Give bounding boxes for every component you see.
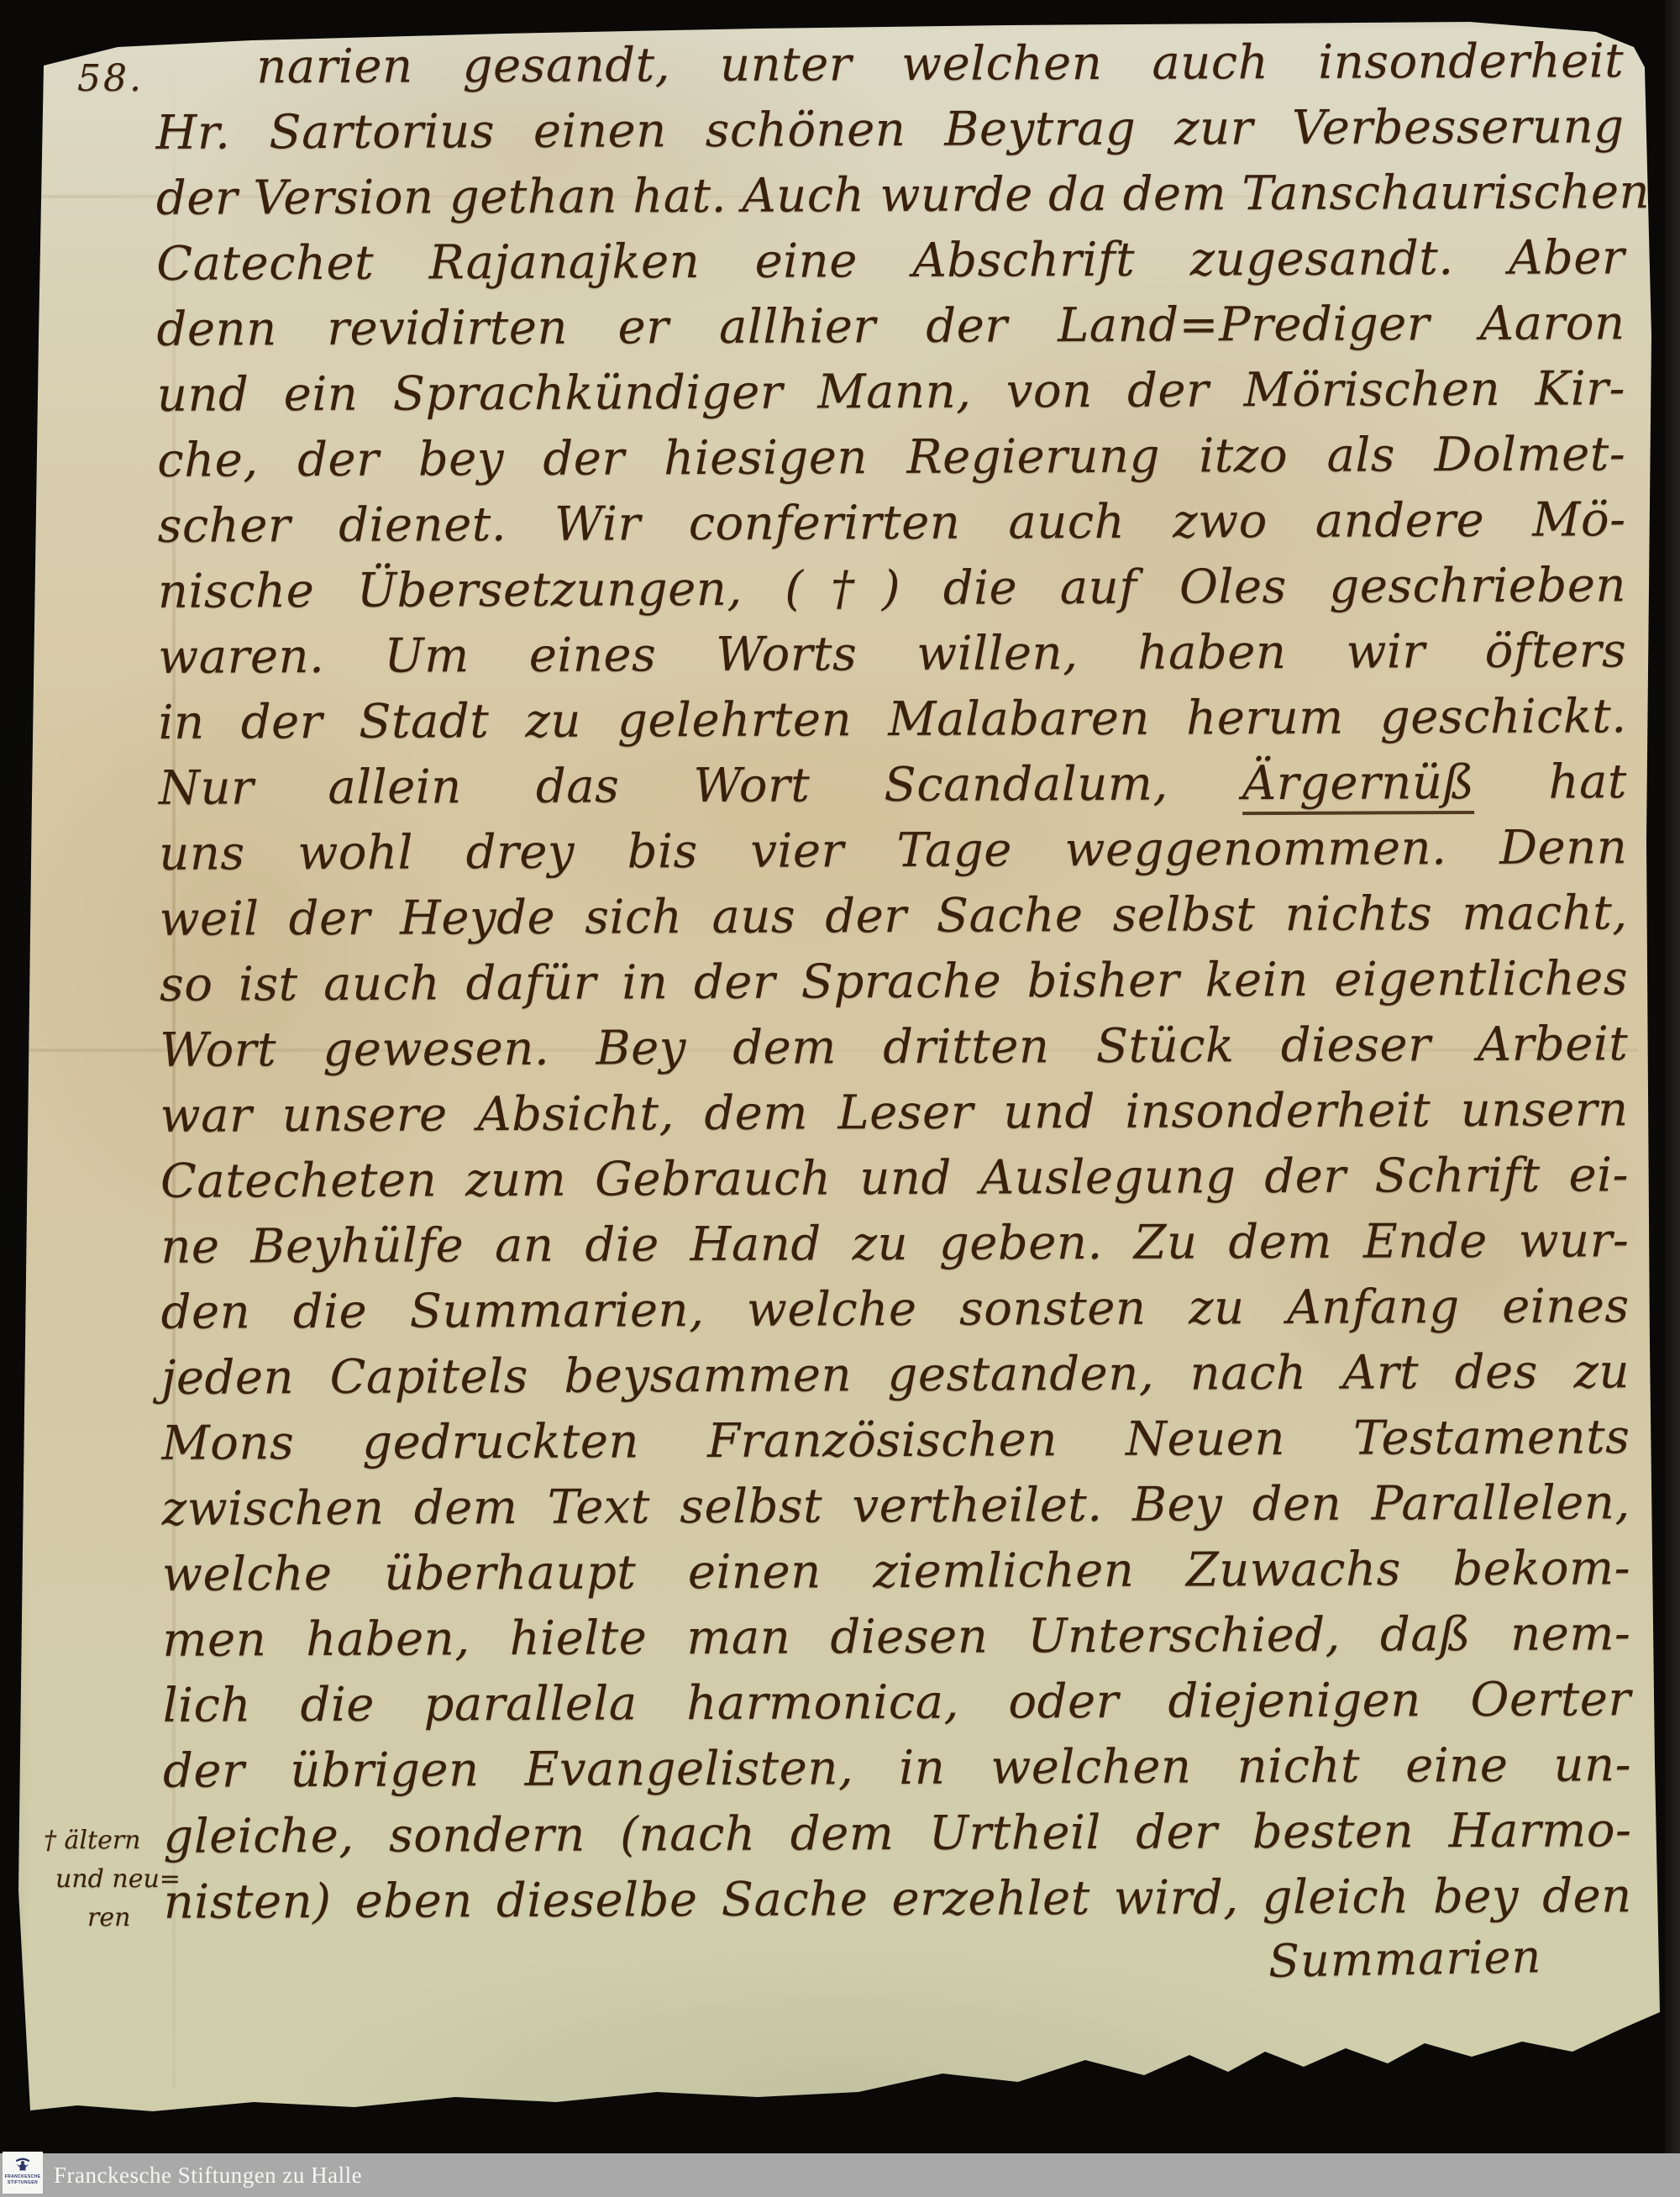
manuscript-line: waren. Um eines Worts willen, haben wir … — [158, 618, 1626, 691]
underlined-word: Ärgernüß — [1242, 755, 1475, 815]
manuscript-line: Catechet Rajanajken eine Abschrift zuges… — [156, 225, 1625, 297]
manuscript-line: welche überhaupt einen ziemlichen Zuwach… — [162, 1536, 1630, 1608]
margin-footnote: † älternund neu=ren — [44, 1821, 195, 1937]
manuscript-line: uns wohl drey bis vier Tage weggenommen.… — [159, 815, 1627, 887]
margin-footnote-line: † ältern — [44, 1821, 195, 1860]
franckesche-stiftungen-logo: FRANCKESCHE STIFTUNGEN — [3, 2152, 43, 2194]
manuscript-line: narien gesandt, unter welchen auch inson… — [155, 29, 1624, 101]
manuscript-line: den die Summarien, welche sonsten zu Anf… — [161, 1274, 1630, 1346]
manuscript-line: Nur allein das Wort Scandalum, Ärgernüß … — [159, 749, 1627, 822]
manuscript-line: nisten) eben dieselbe Sache erzehlet wir… — [164, 1863, 1632, 1936]
manuscript-line: und ein Sprachkündiger Mann, von der Mör… — [157, 356, 1625, 428]
scanner-edge-strip — [1665, 0, 1680, 2153]
archive-name-label: Franckesche Stiftungen zu Halle — [54, 2153, 362, 2197]
manuscript-line: ne Beyhülfe an die Hand zu geben. Zu dem… — [160, 1208, 1629, 1280]
manuscript-line: zwischen dem Text selbst vertheilet. Bey… — [162, 1470, 1630, 1543]
page-number: 58. — [77, 57, 144, 100]
manuscript-line: Catecheten zum Gebrauch und Auslegung de… — [160, 1143, 1629, 1215]
manuscript-line: scher dienet. Wir conferirten auch zwo a… — [157, 487, 1625, 560]
manuscript-line: che, der bey der hiesigen Regierung itzo… — [157, 422, 1625, 494]
manuscript-line: Wort gewesen. Bey dem dritten Stück dies… — [160, 1012, 1628, 1084]
manuscript-line: der übrigen Evangelisten, in welchen nic… — [163, 1732, 1631, 1805]
eagle-emblem-icon — [13, 2154, 32, 2174]
manuscript-page: 58. narien gesandt, unter welchen auch i… — [0, 0, 1680, 2151]
manuscript-text-block: narien gesandt, unter welchen auch inson… — [155, 29, 1632, 1936]
margin-footnote-line: und neu= — [44, 1860, 195, 1899]
archive-footer-bar: FRANCKESCHE STIFTUNGEN Franckesche Stift… — [0, 2153, 1680, 2197]
logo-text-line1: FRANCKESCHE — [5, 2174, 41, 2180]
logo-text-line2: STIFTUNGEN — [8, 2180, 38, 2186]
manuscript-line: denn revidirten er allhier der Land=Pred… — [156, 291, 1625, 363]
scan-background: 58. narien gesandt, unter welchen auch i… — [0, 0, 1680, 2197]
manuscript-line: war unsere Absicht, dem Leser und insond… — [160, 1077, 1629, 1149]
manuscript-line: in der Stadt zu gelehrten Malabaren heru… — [158, 684, 1626, 756]
margin-footnote-line: ren — [44, 1899, 195, 1937]
manuscript-line: nische Übersetzungen, (†) die auf Oles g… — [158, 553, 1626, 625]
manuscript-line: so ist auch dafür in der Sprache bisher … — [160, 946, 1628, 1018]
manuscript-line: der Version gethan hat. Auch wurde da de… — [156, 160, 1625, 232]
manuscript-line: Hr. Sartorius einen schönen Beytrag zur … — [155, 94, 1624, 166]
manuscript-line: jeden Capitels beysammen gestanden, nach… — [161, 1339, 1630, 1411]
manuscript-line: lich die parallela harmonica, oder dieje… — [163, 1667, 1631, 1739]
manuscript-line: gleiche, sondern (nach dem Urtheil der b… — [163, 1798, 1631, 1870]
manuscript-line: Mons gedruckten Französischen Neuen Test… — [161, 1405, 1630, 1477]
manuscript-line: weil der Heyde sich aus der Sache selbst… — [159, 880, 1627, 953]
manuscript-line: men haben, hielte man diesen Unterschied… — [162, 1601, 1630, 1674]
catchword: Summarien — [1268, 1930, 1541, 1988]
